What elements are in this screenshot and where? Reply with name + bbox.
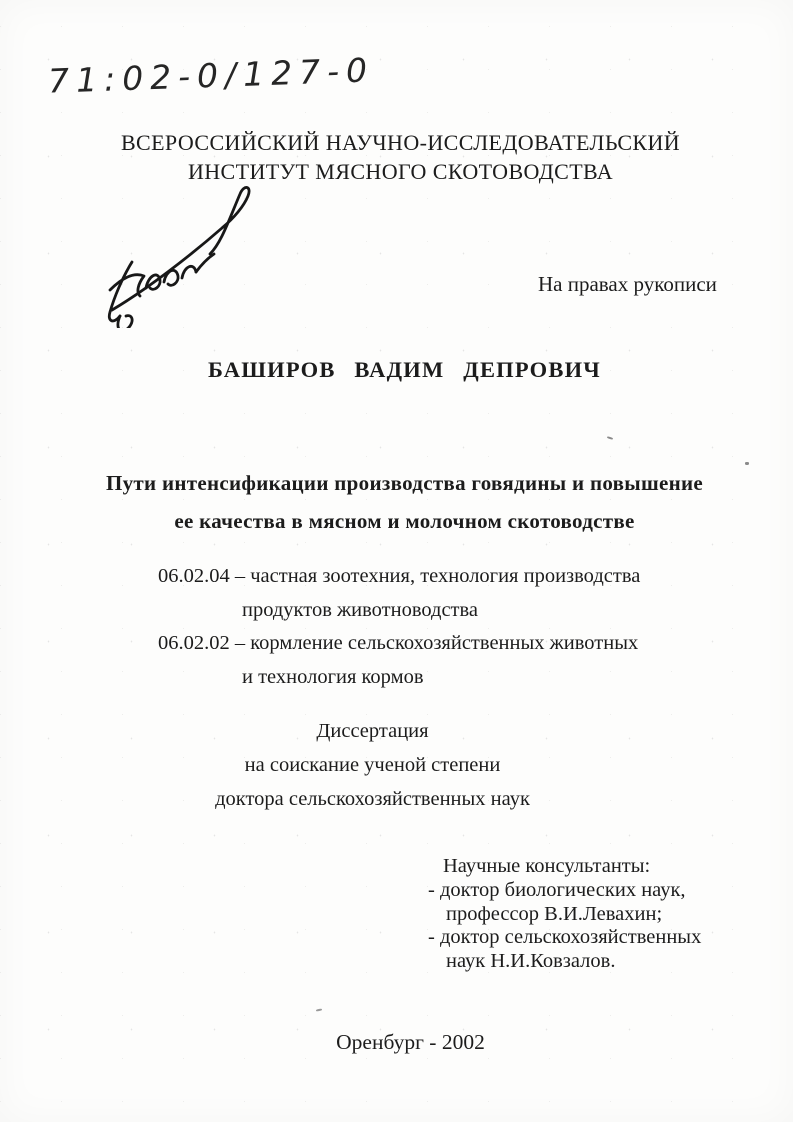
consultant-line: - доктор сельскохозяйственных <box>428 926 701 950</box>
specialty-line: продуктов животноводства <box>158 594 640 628</box>
specialty-line: 06.02.02 – кормление сельскохозяйственны… <box>158 627 640 661</box>
consultants-heading: Научные консультанты: <box>428 855 701 879</box>
handwritten-call-number: 71:02-0/127-0 <box>47 50 374 100</box>
title-line-1: Пути интенсификации производства говядин… <box>8 464 793 502</box>
scan-speck <box>745 462 749 465</box>
signature-scrawl-icon <box>92 170 272 328</box>
institution-line-1: ВСЕРОССИЙСКИЙ НАУЧНО-ИССЛЕДОВАТЕЛЬСКИЙ <box>4 128 793 157</box>
specialty-codes: 06.02.04 – частная зоотехния, технология… <box>158 560 640 694</box>
scanned-title-page: 71:02-0/127-0 ВСЕРОССИЙСКИЙ НАУЧНО-ИССЛЕ… <box>0 0 793 1122</box>
consultant-line: наук Н.И.Ковзалов. <box>428 950 701 974</box>
consultant-line: профессор В.И.Левахин; <box>428 903 701 927</box>
scan-speck <box>316 1008 322 1011</box>
dissertation-title: Пути интенсификации производства говядин… <box>8 464 793 540</box>
specialty-line: и технология кормов <box>158 661 640 695</box>
manuscript-note: На правах рукописи <box>538 272 717 297</box>
handwritten-signature <box>92 170 272 328</box>
city-year-imprint: Оренбург - 2002 <box>14 1030 793 1055</box>
title-line-2: ее качества в мясном и молочном скотовод… <box>8 502 793 540</box>
degree-line: на соискание ученой степени <box>0 748 769 782</box>
degree-statement: Диссертация на соискание ученой степени … <box>0 714 769 816</box>
degree-line: Диссертация <box>0 714 769 748</box>
consultant-line: - доктор биологических наук, <box>428 879 701 903</box>
author-name: БАШИРОВ ВАДИМ ДЕПРОВИЧ <box>8 357 793 383</box>
scientific-consultants: Научные консультанты: - доктор биологиче… <box>428 855 701 974</box>
specialty-line: 06.02.04 – частная зоотехния, технология… <box>158 560 640 594</box>
scan-speck <box>607 436 613 440</box>
degree-line: доктора сельскохозяйственных наук <box>0 782 769 816</box>
